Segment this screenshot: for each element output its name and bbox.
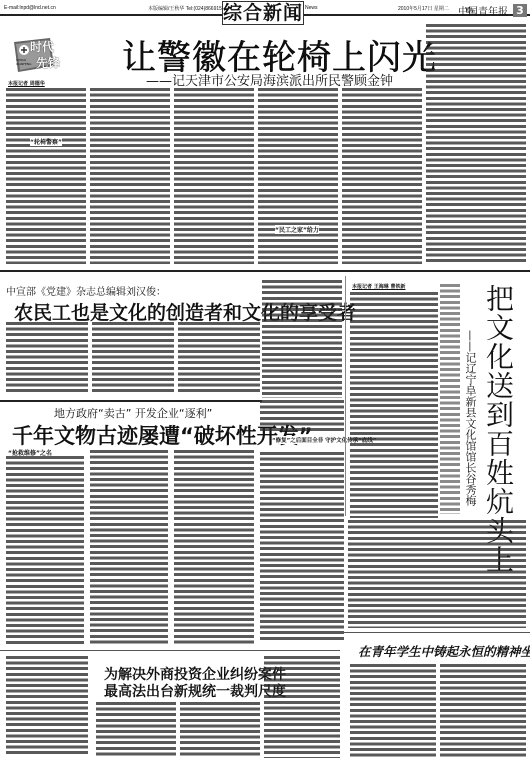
column-logo: 时代 先锋 SHIDAI XIANFENG (10, 36, 66, 76)
header-email: E-mail:lnpd@lnd.net.cn (4, 5, 56, 11)
article3-col1 (6, 456, 84, 646)
article3-col2 (90, 450, 168, 646)
article1-byline: 本报记者 周德华 (8, 80, 45, 87)
article1-col1 (6, 88, 86, 264)
article1-col5 (342, 88, 422, 264)
article1-subtitle: ——记天津市公安局海滨派出所民警顾金钟 (146, 70, 393, 89)
article4-col2 (96, 702, 176, 758)
header-date: 2010年5月17日 星期二 (398, 5, 449, 12)
article6-title: 在青年学生中铸起永恒的精神坐标 (358, 642, 530, 660)
section-title: 综合新闻 (222, 1, 304, 25)
article1-subhead2: “民工之家”给力 (275, 225, 319, 234)
header-editor: 本版编辑/王秋华 Tel:(024)86691500 (148, 5, 227, 12)
logo-line1: 时代 (30, 38, 54, 55)
article3-col4 (260, 452, 344, 642)
article2-col1 (6, 322, 88, 394)
article5-bottom-rule (344, 632, 530, 633)
article1-col4 (258, 88, 338, 264)
article4-col4 (264, 656, 340, 758)
article1-subhead1: “轮椅警察” (30, 137, 62, 146)
article3-bottom-rule (0, 650, 340, 651)
article2-col2 (92, 322, 174, 394)
article3-kicker: 地方政府“卖古” 开发企业“逐利” (54, 405, 212, 421)
logo-line2: 先锋 (36, 54, 60, 71)
article4-col1 (6, 656, 88, 756)
article6-col2 (440, 664, 526, 758)
article6-col1 (350, 664, 436, 758)
article3-col3 (174, 450, 254, 646)
article1-col6 (426, 24, 526, 264)
article1-col3 (174, 88, 254, 264)
article3-col5 (348, 520, 440, 628)
article5-col3 (440, 520, 526, 628)
logo-en2: XIANFENG (16, 62, 31, 66)
column-divider (345, 276, 346, 516)
page-number: 3 (513, 4, 527, 17)
article1-bottom-rule (0, 270, 530, 272)
article2-col4 (262, 280, 342, 398)
article5-subtitle: ——记辽宁阜新县文化馆馆长谷秀梅 (462, 330, 478, 506)
article3-col4a (260, 400, 344, 432)
article2-col3 (178, 322, 260, 394)
article2-kicker: 中宣部《党建》杂志总编辑刘汉俊： (6, 283, 166, 298)
article1-col2 (90, 88, 170, 264)
article5-col1 (350, 292, 438, 518)
article4-col3 (180, 702, 260, 758)
article5-byline: 本报记者 王海琳 曹铁新 (352, 283, 405, 290)
article5-col2 (440, 284, 460, 514)
brand-logo: 中国青年报 (458, 3, 508, 18)
article4-title-line2: 最高法出台新规统一裁判尺度 (104, 681, 286, 701)
article2-bottom-rule (0, 400, 262, 402)
section-en: News (305, 5, 318, 11)
